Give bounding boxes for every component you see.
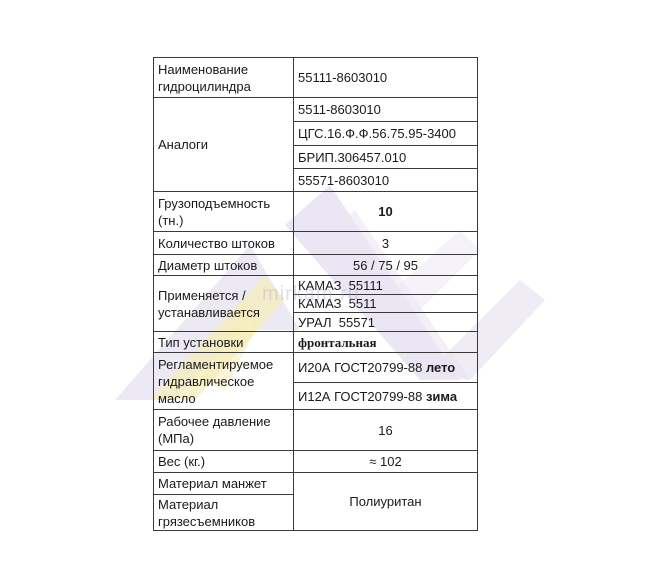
- table-row: Количество штоков 3: [154, 232, 478, 255]
- table-row: Диаметр штоков 56 / 75 / 95: [154, 255, 478, 276]
- mount-label: Тип установки: [154, 332, 294, 353]
- oil-grade: И20А ГОСТ20799-88: [298, 360, 426, 375]
- table-row: Применяется / устанавливается КАМАЗ 5511…: [154, 276, 478, 295]
- analog-value: БРИП.306457.010: [294, 146, 478, 169]
- oil-label: Регламентируемое гидравлическое масло: [154, 353, 294, 410]
- rods-count-label: Количество штоков: [154, 232, 294, 255]
- applied-value: УРАЛ 55571: [294, 313, 478, 332]
- oil-value-summer: И20А ГОСТ20799-88 лето: [294, 353, 478, 383]
- table-row: Вес (кг.) ≈ 102: [154, 451, 478, 473]
- table-row: Рабочее давление (МПа) 16: [154, 410, 478, 451]
- applied-label: Применяется / устанавливается: [154, 276, 294, 332]
- table-row: Материал манжет Полиуритан: [154, 473, 478, 495]
- capacity-value: 10: [294, 192, 478, 232]
- wiper-material-label: Материал грязесъемников: [154, 495, 294, 531]
- capacity-label: Грузоподъемность (тн.): [154, 192, 294, 232]
- rods-count-value: 3: [294, 232, 478, 255]
- oil-season: зима: [426, 389, 457, 404]
- material-value: Полиуритан: [294, 473, 478, 531]
- table-row: Регламентируемое гидравлическое масло И2…: [154, 353, 478, 383]
- analog-value: 5511-8603010: [294, 98, 478, 122]
- analog-value: ЦГС.16.Ф.Ф.56.75.95-3400: [294, 122, 478, 146]
- table-row: Наименование гидроцилиндра 55111-8603010: [154, 58, 478, 98]
- weight-label: Вес (кг.): [154, 451, 294, 473]
- spec-table: Наименование гидроцилиндра 55111-8603010…: [153, 57, 478, 531]
- weight-value: ≈ 102: [294, 451, 478, 473]
- table-row: Тип установки фронтальная: [154, 332, 478, 353]
- pressure-value: 16: [294, 410, 478, 451]
- oil-season: лето: [426, 360, 455, 375]
- applied-value: КАМАЗ 5511: [294, 295, 478, 313]
- cuff-material-label: Материал манжет: [154, 473, 294, 495]
- mount-value: фронтальная: [294, 332, 478, 353]
- analogs-label: Аналоги: [154, 98, 294, 192]
- oil-value-winter: И12А ГОСТ20799-88 зима: [294, 383, 478, 410]
- name-value: 55111-8603010: [294, 58, 478, 98]
- analog-value: 55571-8603010: [294, 169, 478, 192]
- applied-value: КАМАЗ 55111: [294, 276, 478, 295]
- oil-grade: И12А ГОСТ20799-88: [298, 389, 426, 404]
- pressure-label: Рабочее давление (МПа): [154, 410, 294, 451]
- table-row: Аналоги 5511-8603010: [154, 98, 478, 122]
- table-row: Грузоподъемность (тн.) 10: [154, 192, 478, 232]
- name-label: Наименование гидроцилиндра: [154, 58, 294, 98]
- rods-diameter-label: Диаметр штоков: [154, 255, 294, 276]
- rods-diameter-value: 56 / 75 / 95: [294, 255, 478, 276]
